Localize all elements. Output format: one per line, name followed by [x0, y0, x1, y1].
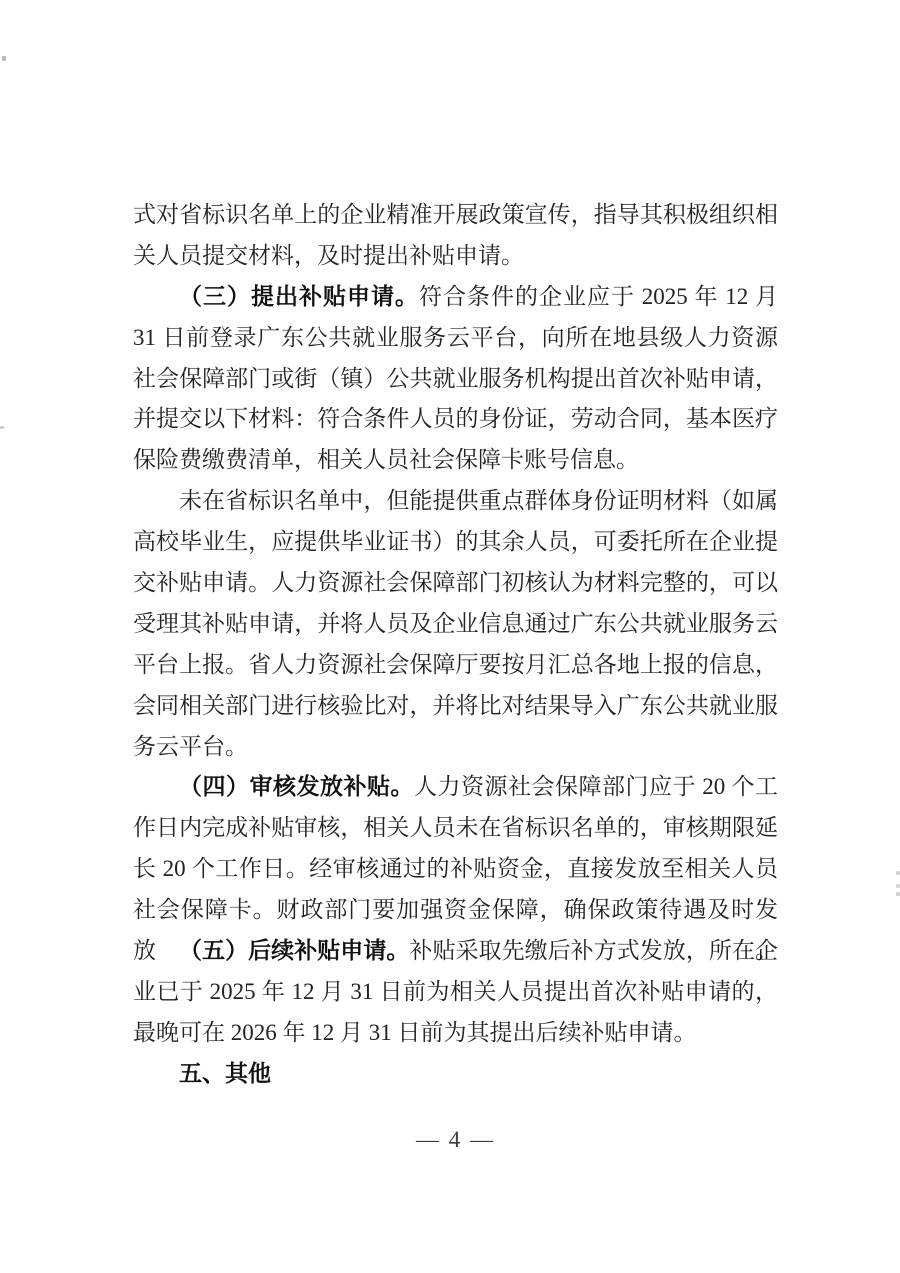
text-line: 社会保障部门或街（镇）公共就业服务机构提出首次补贴申请，	[133, 359, 778, 400]
bold-run: （三）提出补贴申请。	[179, 284, 419, 309]
text-line: 社会保障卡。财政部门要加强资金保障，确保政策待遇及时发放。	[133, 890, 778, 931]
text-run: 关人员提交材料，及时提出补贴申请。	[133, 243, 524, 268]
text-line: 平台上报。省人力资源社会保障厅要按月汇总各地上报的信息，	[133, 645, 778, 686]
scan-artifact	[896, 892, 900, 896]
text-run: 业已于 2025 年 12 月 31 日前为相关人员提出首次补贴申请的，	[133, 979, 778, 1004]
bold-run: （四）审核发放补贴。	[179, 774, 414, 799]
text-run: 高校毕业生，应提供毕业证书）的其余人员，可委托所在企业提	[133, 529, 778, 554]
text-run: 补贴采取先缴后补方式发放，所在企	[409, 938, 778, 963]
text-line: （三）提出补贴申请。符合条件的企业应于 2025 年 12 月	[133, 277, 778, 318]
text-line: 高校毕业生，应提供毕业证书）的其余人员，可委托所在企业提	[133, 522, 778, 563]
text-run: 31 日前登录广东公共就业服务云平台，向所在地县级人力资源	[133, 325, 778, 350]
text-run: 式对省标识名单上的企业精准开展政策宣传，指导其积极组织相	[133, 202, 778, 227]
text-run: 未在省标识名单中，但能提供重点群体身份证明材料（如属	[179, 488, 778, 513]
text-line: 最晚可在 2026 年 12 月 31 日前为其提出后续补贴申请。	[133, 1013, 778, 1054]
text-line: 31 日前登录广东公共就业服务云平台，向所在地县级人力资源	[133, 318, 778, 359]
text-line: 会同相关部门进行核验比对，并将比对结果导入广东公共就业服	[133, 686, 778, 727]
text-run: 务云平台。	[133, 734, 248, 759]
scan-artifact	[896, 884, 900, 888]
text-run: 平台上报。省人力资源社会保障厅要按月汇总各地上报的信息，	[133, 652, 778, 677]
text-line: 式对省标识名单上的企业精准开展政策宣传，指导其积极组织相	[133, 195, 778, 236]
text-run: 作日内完成补贴审核，相关人员未在省标识名单的，审核期限延	[133, 815, 778, 840]
text-line: 作日内完成补贴审核，相关人员未在省标识名单的，审核期限延	[133, 808, 778, 849]
scan-artifact	[2, 56, 6, 61]
text-line: 五、其他	[133, 1054, 778, 1095]
text-run: 符合条件的企业应于 2025 年 12 月	[419, 284, 778, 309]
text-line: 关人员提交材料，及时提出补贴申请。	[133, 236, 778, 277]
text-line: 未在省标识名单中，但能提供重点群体身份证明材料（如属	[133, 481, 778, 522]
text-run: 交补贴申请。人力资源社会保障部门初核认为材料完整的，可以	[133, 570, 778, 595]
bold-run: （五）后续补贴申请。	[179, 938, 409, 963]
text-run: 最晚可在 2026 年 12 月 31 日前为其提出后续补贴申请。	[133, 1020, 697, 1045]
text-line: （四）审核发放补贴。人力资源社会保障部门应于 20 个工	[133, 767, 778, 808]
scan-artifact	[0, 426, 4, 429]
text-line: 保险费缴费清单，相关人员社会保障卡账号信息。	[133, 440, 778, 481]
text-run: 受理其补贴申请，并将人员及企业信息通过广东公共就业服务云	[133, 611, 778, 636]
document-body: 式对省标识名单上的企业精准开展政策宣传，指导其积极组织相关人员提交材料，及时提出…	[133, 195, 778, 1095]
text-run: 人力资源社会保障部门应于 20 个工	[414, 774, 778, 799]
text-line: 交补贴申请。人力资源社会保障部门初核认为材料完整的，可以	[133, 563, 778, 604]
text-run: 长 20 个工作日。经审核通过的补贴资金，直接发放至相关人员	[133, 856, 778, 881]
text-run: 会同相关部门进行核验比对，并将比对结果导入广东公共就业服	[133, 693, 778, 718]
text-line: 业已于 2025 年 12 月 31 日前为相关人员提出首次补贴申请的，	[133, 972, 778, 1013]
bold-run: 五、其他	[179, 1061, 271, 1086]
text-line: （五）后续补贴申请。补贴采取先缴后补方式发放，所在企	[133, 931, 778, 972]
page-number: — 4 —	[133, 1127, 778, 1153]
text-run: 保险费缴费清单，相关人员社会保障卡账号信息。	[133, 447, 639, 472]
text-line: 务云平台。	[133, 727, 778, 768]
text-line: 并提交以下材料：符合条件人员的身份证，劳动合同，基本医疗	[133, 399, 778, 440]
text-line: 受理其补贴申请，并将人员及企业信息通过广东公共就业服务云	[133, 604, 778, 645]
text-run: 并提交以下材料：符合条件人员的身份证，劳动合同，基本医疗	[133, 406, 778, 431]
scan-artifact	[896, 871, 900, 875]
text-run: 社会保障部门或街（镇）公共就业服务机构提出首次补贴申请，	[133, 366, 778, 391]
text-line: 长 20 个工作日。经审核通过的补贴资金，直接发放至相关人员	[133, 849, 778, 890]
